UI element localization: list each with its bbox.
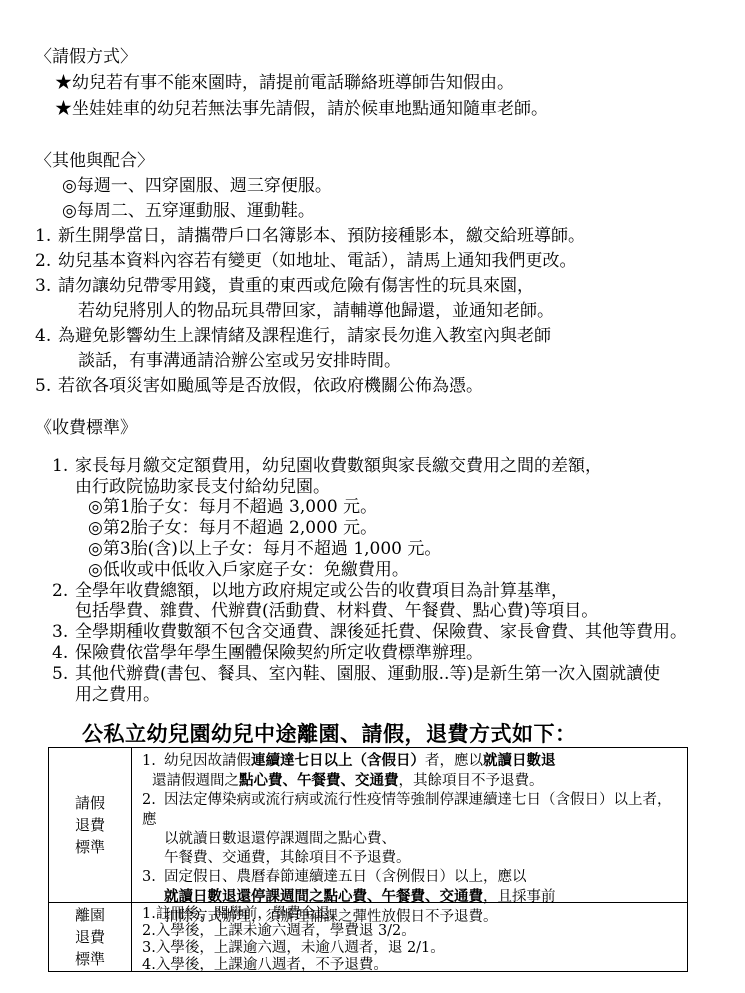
section-title: 《收費標準》 bbox=[35, 418, 687, 439]
table-line: 1.註冊後，開學前，學費全退。 bbox=[142, 906, 683, 923]
table-line: 1.幼兒因故請假連續達七日以上（含假日）者，應以就讀日數退 bbox=[142, 751, 683, 771]
table-line: 午餐費、交通費，其餘項目不予退費。 bbox=[142, 849, 683, 868]
refund-table: 請假 退費 標準 1.幼兒因故請假連續達七日以上（含假日）者，應以就讀日數退 還… bbox=[48, 747, 688, 972]
rule-text-continued: 若幼兒將別人的物品玩具帶回家，請輔導他歸還，並通知老師。 bbox=[35, 299, 585, 324]
rule-text: 若欲各項災害如颱風等是否放假，依政府機關公佈為憑。 bbox=[58, 376, 483, 396]
rule-item: 2.幼兒基本資料內容若有變更（如地址、電話），請馬上通知我們更改。 bbox=[35, 249, 585, 274]
refund-table-heading: 公私立幼兒園幼兒中途離園、請假，退費方式如下： bbox=[82, 718, 577, 748]
rule-text: 全學期種收費數額不包含交通費、課後延托費、保險費、家長會費、其他等費用。 bbox=[75, 622, 687, 642]
document-page: 〈請假方式〉 ★幼兒若有事不能來園時，請提前電話聯絡班導師告知假由。 ★坐娃娃車… bbox=[0, 0, 745, 993]
rule-text: 家長每月繳交定額費用，幼兒園收費數額與家長繳交費用之間的差額， bbox=[75, 456, 602, 476]
table-row-leave-refund: 請假 退費 標準 1.幼兒因故請假連續達七日以上（含假日）者，應以就讀日數退 還… bbox=[49, 748, 687, 902]
fee-rule-item: 3.全學期種收費數額不包含交通費、課後延托費、保險費、家長會費、其他等費用。 bbox=[35, 622, 687, 643]
rule-number: 5. bbox=[52, 664, 75, 685]
row-label-line: 離園 bbox=[75, 904, 105, 926]
item-number: 2. bbox=[142, 791, 164, 810]
item-text: 固定假日、農曆春節連續達五日（含例假日）以上，應以 bbox=[164, 869, 527, 885]
row-label-line: 請假 bbox=[75, 792, 105, 814]
rule-item: 1.新生開學當日，請攜帶戶口名簿影本、預防接種影本，繳交給班導師。 bbox=[35, 224, 585, 249]
rule-number: 3. bbox=[35, 274, 58, 299]
rule-text: 請勿讓幼兒帶零用錢，貴重的東西或危險有傷害性的玩具來園， bbox=[58, 276, 534, 296]
leave-rule-item: ★坐娃娃車的幼兒若無法事先請假，請於候車地點通知隨車老師。 bbox=[35, 96, 548, 122]
rule-text: 其他代辦費(書包、餐具、室內鞋、園服、運動服..等)是新生第一次入園就讀使 bbox=[75, 664, 660, 684]
dress-rule: ◎每週一、四穿園服、週三穿便服。 bbox=[35, 174, 585, 199]
fee-subitem: ◎第1胎子女：每月不超過 3,000 元。 bbox=[35, 497, 687, 518]
item-text: 幼兒因故請假連續達七日以上（含假日）者，應以就讀日數退 bbox=[164, 753, 556, 769]
rule-number: 1. bbox=[35, 224, 58, 249]
rule-number: 3. bbox=[52, 622, 75, 643]
rule-number: 1. bbox=[52, 456, 75, 477]
rule-item: 5.若欲各項災害如颱風等是否放假，依政府機關公佈為憑。 bbox=[35, 374, 585, 399]
row-label: 離園 退費 標準 bbox=[49, 903, 132, 971]
rule-number: 2. bbox=[35, 249, 58, 274]
fee-rule-item: 4.保險費依當學年學生團體保險契約所定收費標準辦理。 bbox=[35, 643, 687, 664]
rule-text-continued: 由行政院協助家長支付給幼兒園。 bbox=[35, 477, 687, 498]
leave-rule-item: ★幼兒若有事不能來園時，請提前電話聯絡班導師告知假由。 bbox=[35, 70, 548, 96]
table-line: 2.因法定傳染病或流行病或流行性疫情等強制停課連續達七日（含假日）以上者，應 bbox=[142, 791, 683, 829]
row-label: 請假 退費 標準 bbox=[49, 748, 132, 902]
item-text: 因法定傳染病或流行病或流行性疫情等強制停課連續達七日（含假日）以上者，應 bbox=[142, 792, 672, 827]
rule-text: 全學年收費總額，以地方政府規定或公告的收費項目為計算基準， bbox=[75, 581, 568, 601]
section-title: 〈請假方式〉 bbox=[35, 44, 548, 70]
rule-text: 新生開學當日，請攜帶戶口名簿影本、預防接種影本，繳交給班導師。 bbox=[58, 226, 585, 246]
rule-text-continued: 包括學費、雜費、代辦費(活動費、材料費、午餐費、點心費)等項目。 bbox=[35, 601, 687, 622]
dress-rule: ◎每周二、五穿運動服、運動鞋。 bbox=[35, 199, 585, 224]
table-line: 以就讀日數退還停課週間之點心費、 bbox=[142, 830, 683, 849]
table-row-withdrawal-refund: 離園 退費 標準 1.註冊後，開學前，學費全退。 2.入學後，上課未逾六週者，學… bbox=[49, 902, 687, 971]
table-line: 還請假週間之點心費、午餐費、交通費，其餘項目不予退費。 bbox=[142, 771, 683, 791]
rule-number: 2. bbox=[52, 581, 75, 602]
fee-rule-item: 2.全學年收費總額，以地方政府規定或公告的收費項目為計算基準， bbox=[35, 581, 687, 602]
fee-subitem: ◎低收或中低收入戶家庭子女：免繳費用。 bbox=[35, 560, 687, 581]
rule-text: 保險費依當學年學生團體保險契約所定收費標準辦理。 bbox=[75, 643, 483, 663]
item-number: 1. bbox=[142, 752, 164, 771]
rule-number: 4. bbox=[52, 643, 75, 664]
fee-rule-item: 1.家長每月繳交定額費用，幼兒園收費數額與家長繳交費用之間的差額， bbox=[35, 456, 687, 477]
rule-number: 5. bbox=[35, 374, 58, 399]
fee-rule-item: 5.其他代辦費(書包、餐具、室內鞋、園服、運動服..等)是新生第一次入園就讀使 bbox=[35, 664, 687, 685]
rule-number: 4. bbox=[35, 324, 58, 349]
row-content: 1.註冊後，開學前，學費全退。 2.入學後，上課未逾六週者，學費退 3/2。 3… bbox=[132, 903, 687, 971]
row-label-line: 標準 bbox=[75, 948, 105, 970]
row-content: 1.幼兒因故請假連續達七日以上（含假日）者，應以就讀日數退 還請假週間之點心費、… bbox=[132, 748, 687, 902]
table-line: 3.固定假日、農曆春節連續達五日（含例假日）以上，應以 bbox=[142, 868, 683, 887]
fee-subitem: ◎第3胎(含)以上子女：每月不超過 1,000 元。 bbox=[35, 539, 687, 560]
item-number: 3. bbox=[142, 868, 164, 887]
section-fees: 《收費標準》 1.家長每月繳交定額費用，幼兒園收費數額與家長繳交費用之間的差額，… bbox=[35, 418, 687, 705]
section-others: 〈其他與配合〉 ◎每週一、四穿園服、週三穿便服。 ◎每周二、五穿運動服、運動鞋。… bbox=[35, 149, 585, 399]
row-label-line: 標準 bbox=[75, 836, 105, 858]
table-line: 3.入學後，上課逾六週，未逾八週者，退 2/1。 bbox=[142, 940, 683, 957]
row-label-line: 退費 bbox=[75, 814, 105, 836]
section-leave-method: 〈請假方式〉 ★幼兒若有事不能來園時，請提前電話聯絡班導師告知假由。 ★坐娃娃車… bbox=[35, 44, 548, 122]
row-label-line: 退費 bbox=[75, 926, 105, 948]
section-title: 〈其他與配合〉 bbox=[35, 149, 585, 174]
rule-item: 4.為避免影響幼生上課情緒及課程進行，請家長勿進入教室內與老師 bbox=[35, 324, 585, 349]
rule-item: 3.請勿讓幼兒帶零用錢，貴重的東西或危險有傷害性的玩具來園， bbox=[35, 274, 585, 299]
rule-text-continued: 用之費用。 bbox=[35, 685, 687, 706]
table-line: 2.入學後，上課未逾六週者，學費退 3/2。 bbox=[142, 923, 683, 940]
rule-text: 為避免影響幼生上課情緒及課程進行，請家長勿進入教室內與老師 bbox=[58, 326, 551, 346]
fee-subitem: ◎第2胎子女：每月不超過 2,000 元。 bbox=[35, 518, 687, 539]
table-line: 4.入學後，上課逾八週者，不予退費。 bbox=[142, 957, 683, 974]
rule-text: 幼兒基本資料內容若有變更（如地址、電話），請馬上通知我們更改。 bbox=[58, 251, 577, 271]
rule-text-continued: 談話，有事溝通請洽辦公室或另安排時間。 bbox=[35, 349, 585, 374]
